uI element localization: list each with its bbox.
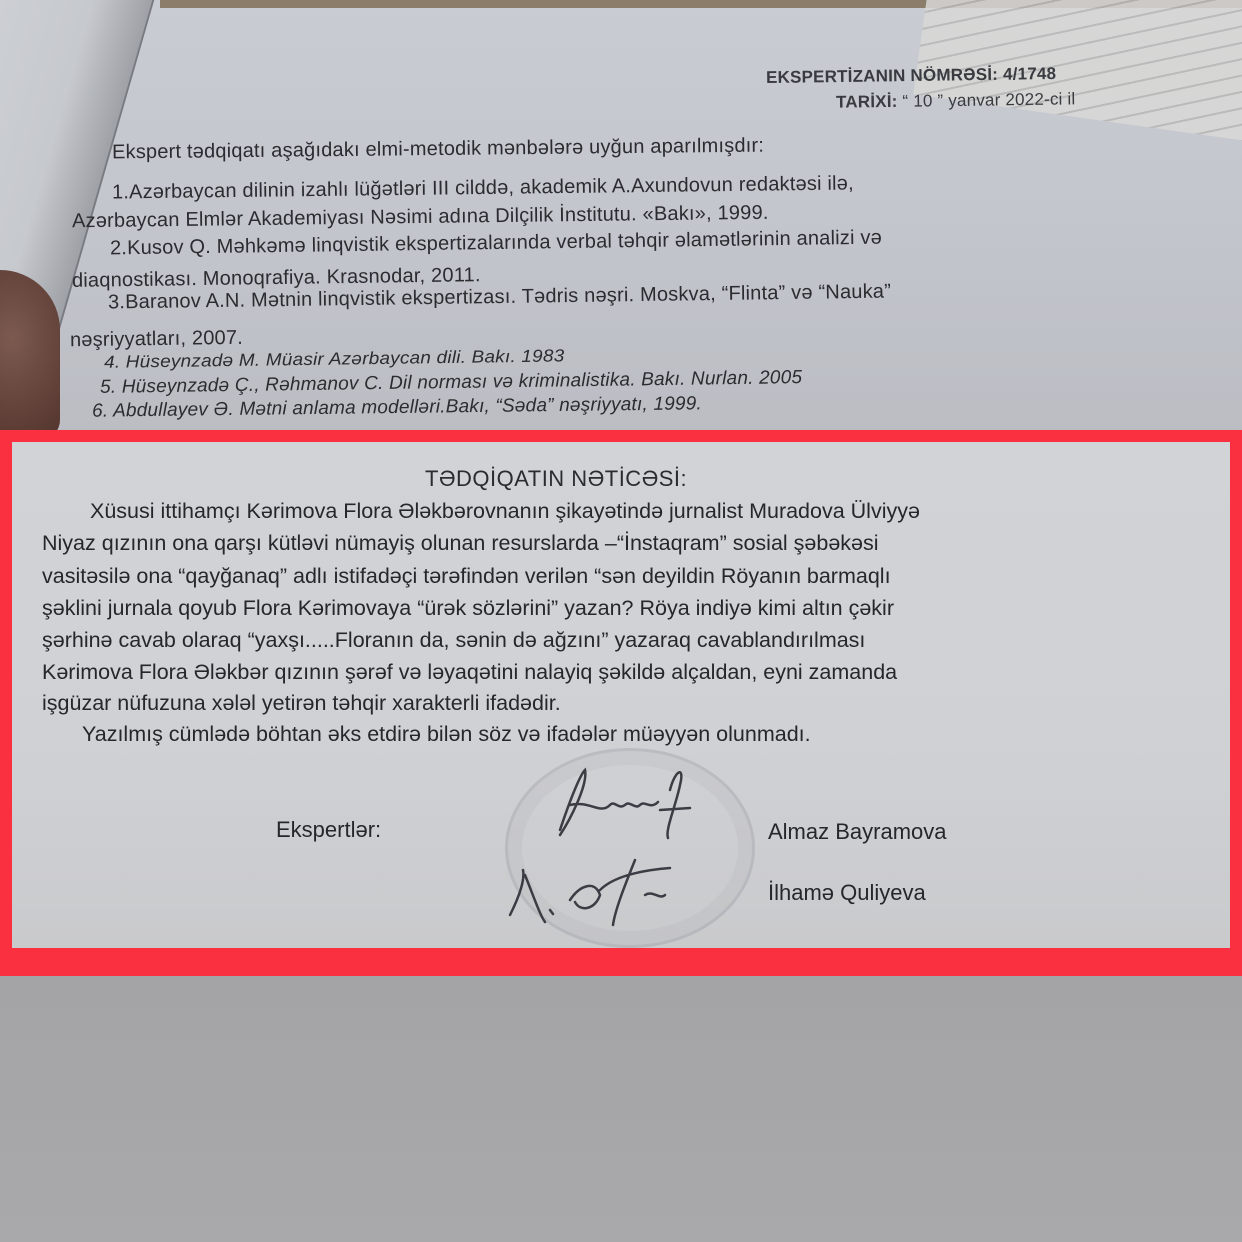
document-upper-section: EKSPERTİZANIN NÖMRƏSİ: 4/1748 TARİXİ: “ … xyxy=(0,0,1242,432)
conclusion-title: TƏDQİQATIN NƏTİCƏSİ: xyxy=(425,466,687,492)
conclusion-line: şəklini jurnala qoyub Flora Kərimovaya “… xyxy=(42,596,894,621)
conclusion-line: Niyaz qızının ona qarşı kütləvi nümayiş … xyxy=(42,531,879,556)
expertise-number: EKSPERTİZANIN NÖMRƏSİ: 4/1748 xyxy=(766,64,1056,88)
source-line: 1.Azərbaycan dilinin izahlı lüğətləri II… xyxy=(112,172,854,204)
signature-almaz-bayramova xyxy=(540,760,700,840)
conclusion-line: işgüzar nüfuzuna xələl yetirən təhqir xa… xyxy=(42,691,561,716)
sources-intro: Ekspert tədqiqatı aşağıdakı elmi-metodik… xyxy=(112,135,764,165)
expertise-number-value: 4/1748 xyxy=(1003,64,1056,84)
conclusion-line: vasitəsilə ona “qayğanaq” adlı istifadəç… xyxy=(42,564,891,589)
expert-name: Almaz Bayramova xyxy=(768,819,947,845)
conclusion-line: şərhinə cavab olaraq “yaxşı.....Floranın… xyxy=(42,628,865,653)
conclusion-line: Kərimova Flora Ələkbər qızının şərəf və … xyxy=(42,660,897,685)
source-line: Azərbaycan Elmlər Akademiyası Nəsimi adı… xyxy=(72,202,769,234)
expertise-date-value: “ 10 ” yanvar 2022-ci il xyxy=(902,89,1075,110)
source-line: 2.Kusov Q. Məhkəmə linqvistik ekspertiza… xyxy=(110,227,882,261)
expert-name: İlhamə Quliyeva xyxy=(768,880,926,906)
expertise-number-label: EKSPERTİZANIN NÖMRƏSİ: xyxy=(766,65,998,87)
conclusion-line: Yazılmış cümlədə böhtan əks etdirə bilən… xyxy=(82,722,811,747)
expertise-date: TARİXİ: “ 10 ” yanvar 2022-ci il xyxy=(836,89,1076,112)
expertise-date-label: TARİXİ: xyxy=(836,92,898,112)
experts-label: Ekspertlər: xyxy=(276,817,381,843)
conclusion-line: Xüsusi ittihamçı Kərimova Flora Ələkbəro… xyxy=(90,499,920,524)
source-line: nəşriyyatları, 2007. xyxy=(70,327,243,352)
background-surface xyxy=(0,976,1242,1242)
signature-ilhame-quliyeva xyxy=(495,840,705,935)
